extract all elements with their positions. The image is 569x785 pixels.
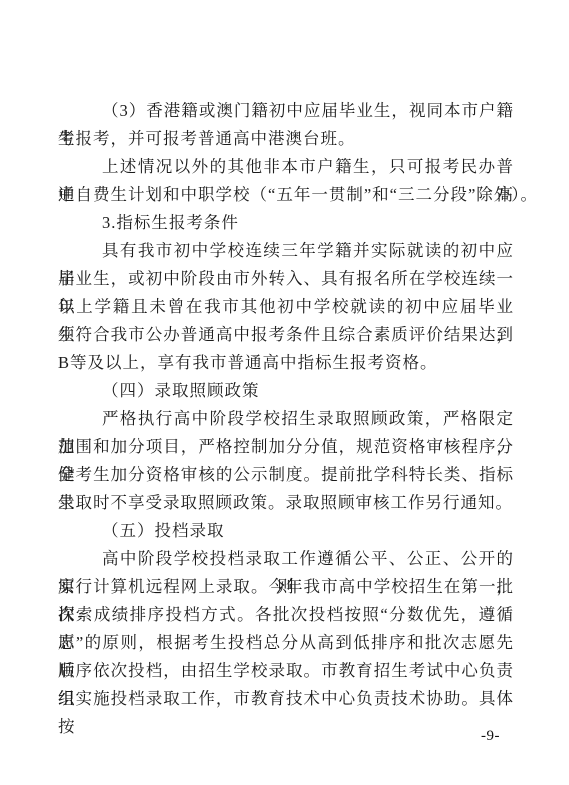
text-line: 织实施投档录取工作，市教育技术中心负责技术协助。具体按 [58, 685, 514, 713]
text-line: 高中阶段学校投档录取工作遵循公平、公正、公开的原则， [58, 545, 514, 573]
text-line: 录取时不享受录取照顾政策。录取照顾审核工作另行通知。 [58, 489, 514, 517]
text-line: 愿”的原则，根据考生投档总分从高到低排序和批次志愿先后 [58, 629, 514, 657]
text-line: 实行计算机远程网上录取。今年我市高中学校招生在第一批次 [58, 573, 514, 601]
text-line: 全考生加分资格审核的公示制度。提前批学科特长类、指标生 [58, 461, 514, 489]
text-line: 生报考，并可报考普通高中港澳台班。 [58, 125, 514, 153]
text-line: 顺序依次投档，由招生学校录取。市教育招生考试中心负责组 [58, 657, 514, 685]
text-line: （3）香港籍或澳门籍初中应届毕业生，视同本市户籍考 [58, 97, 514, 125]
text-line: 探索成绩排序投档方式。各批次投档按照“分数优先，遵循志 [58, 601, 514, 629]
text-line: 具有我市初中学校连续三年学籍并实际就读的初中应届 [58, 237, 514, 265]
document-page: （3）香港籍或澳门籍初中应届毕业生，视同本市户籍考 生报考，并可报考普通高中港澳… [0, 0, 569, 785]
document-body: （3）香港籍或澳门籍初中应届毕业生，视同本市户籍考 生报考，并可报考普通高中港澳… [58, 97, 514, 713]
text-line: 以上学籍且未曾在我市其他初中学校就读的初中应届毕业生， [58, 293, 514, 321]
text-line: B等及以上，享有我市普通高中指标生报考资格。 [58, 349, 514, 377]
section-heading: 3.指标生报考条件 [58, 209, 514, 237]
text-line: 须符合我市公办普通高中报考条件且综合素质评价结果达到 [58, 321, 514, 349]
text-line: 中自费生计划和中职学校（“五年一贯制”和“三二分段”除外）。 [58, 181, 514, 209]
text-line: 范围和加分项目，严格控制加分分值，规范资格审核程序，健 [58, 433, 514, 461]
page-number: -9- [481, 726, 500, 746]
text-line: 毕业生，或初中阶段由市外转入、具有报名所在学校连续一年 [58, 265, 514, 293]
section-heading: （五）投档录取 [58, 517, 514, 545]
section-heading: （四）录取照顾政策 [58, 377, 514, 405]
text-line: 严格执行高中阶段学校招生录取照顾政策，严格限定加分 [58, 405, 514, 433]
text-line: 上述情况以外的其他非本市户籍生，只可报考民办普通高 [58, 153, 514, 181]
